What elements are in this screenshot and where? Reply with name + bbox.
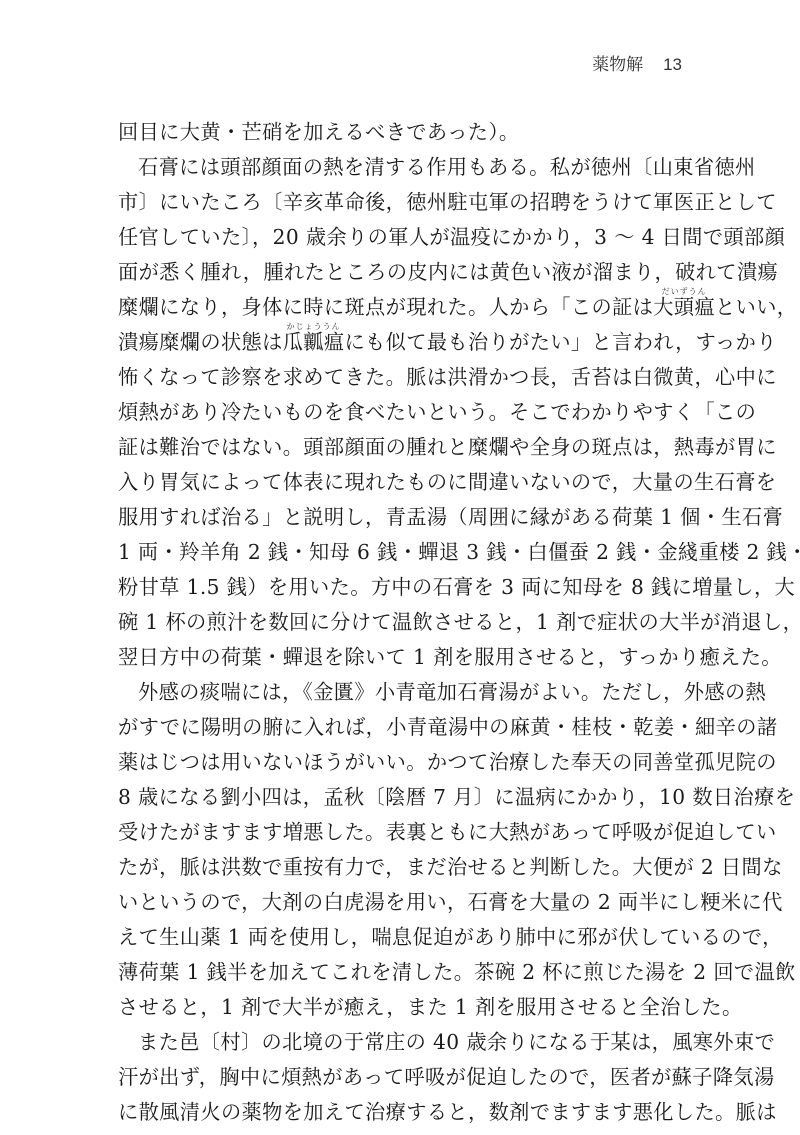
text-line: 8 歳になる劉小四は，孟秋〔陰暦 7 月〕に温病にかかり，10 数日治療を xyxy=(118,780,684,815)
text-line: 証は難治ではない。頭部顔面の腫れと糜爛や全身の斑点は，熱毒が胃に xyxy=(118,430,684,465)
text-line: 煩熱があり冷たいものを食べたいという。そこでわかりやすく「この xyxy=(118,395,684,430)
text-line: に散風清火の薬物を加えて治療すると，数剤でますます悪化した。脈は xyxy=(118,1095,684,1130)
text-line: いというので，大剤の白虎湯を用い，石膏を大量の 2 両半にし粳米に代 xyxy=(118,885,684,920)
text-segment: といい， xyxy=(715,295,797,319)
page-number: 13 xyxy=(663,55,682,75)
text-line: 回目に大黄・芒硝を加えるべきであった）。 xyxy=(118,115,684,150)
text-line: 薄荷葉 1 銭半を加えてこれを清した。茶碗 2 杯に煎じた湯を 2 回で温飲 xyxy=(118,955,684,990)
ruby-annotated-term: かじょううん瓜瓤瘟 xyxy=(283,325,345,360)
ruby-reading: だいずうん xyxy=(653,288,715,296)
text-line: 任官していた〕，20 歳余りの軍人が温疫にかかり，3 〜 4 日間で頭部顔 xyxy=(118,220,684,255)
text-line: 受けたがますます増悪した。表裏ともに大熱があって呼吸が促迫してい xyxy=(118,815,684,850)
section-title: 薬物解 xyxy=(592,50,643,75)
paragraph-start-line: また邑〔村〕の北境の于常庄の 40 歳余りになる于某は，風寒外束で xyxy=(118,1025,684,1060)
ruby-annotated-term: だいずうん大頭瘟 xyxy=(653,290,715,325)
text-line: がすでに陽明の腑に入れば，小青竜湯中の麻黄・桂枝・乾姜・細辛の諸 xyxy=(118,710,684,745)
body-text: 回目に大黄・芒硝を加えるべきであった）。 石膏には頭部顔面の熱を清する作用もある… xyxy=(118,115,684,1130)
text-line: たが，脈は洪数で重按有力で，まだ治せると判断した。大便が 2 日間な xyxy=(118,850,684,885)
text-line: 面が悉く腫れ，腫れたところの皮内には黄色い液が溜まり，破れて潰瘍 xyxy=(118,255,684,290)
text-line: 碗 1 杯の煎汁を数回に分けて温飲させると，1 剤で症状の大半が消退し， xyxy=(118,605,684,640)
text-line: えて生山薬 1 両を使用し，喘息促迫があり肺中に邪が伏しているので， xyxy=(118,920,684,955)
text-line: 市〕にいたころ〔辛亥革命後，徳州駐屯軍の招聘をうけて軍医正として xyxy=(118,185,684,220)
paragraph-start-line: 外感の痰喘には，《金匱》小青竜加石膏湯がよい。ただし，外感の熱 xyxy=(118,675,684,710)
text-line: 粉甘草 1.5 銭）を用いた。方中の石膏を 3 両に知母を 8 銭に増量し，大 xyxy=(118,570,684,605)
text-line: 入り胃気によって体表に現れたものに間違いないので，大量の生石膏を xyxy=(118,465,684,500)
text-line: 1 両・羚羊角 2 銭・知母 6 銭・蟬退 3 銭・白僵蚕 2 銭・金綫重楼 2… xyxy=(118,535,684,570)
text-line: 怖くなって診察を求めてきた。脈は洪滑かつ長，舌苔は白微黄，心中に xyxy=(118,360,684,395)
ruby-base: 瓜瓤瘟 xyxy=(283,330,345,354)
text-segment: 潰瘍糜爛の状態は xyxy=(118,330,283,354)
text-line: 薬はじつは用いないほうがいい。かつて治療した奉天の同善堂孤児院の xyxy=(118,745,684,780)
ruby-base: 大頭瘟 xyxy=(653,295,715,319)
ruby-reading: かじょううん xyxy=(283,323,345,331)
text-segment: にも似て最も治りがたい」と言われ，すっかり xyxy=(344,330,776,354)
text-line-with-ruby: 潰瘍糜爛の状態はかじょううん瓜瓤瘟にも似て最も治りがたい」と言われ，すっかり xyxy=(118,325,684,360)
running-header: 薬物解 13 xyxy=(592,50,682,75)
text-line: させると，1 剤で大半が癒え，また 1 剤を服用させると全治した。 xyxy=(118,990,684,1025)
text-line: 翌日方中の荷葉・蟬退を除いて 1 剤を服用させると，すっかり癒えた。 xyxy=(118,640,684,675)
text-line: 服用すれば治る」と説明し，青盂湯（周囲に縁がある荷葉 1 個・生石膏 xyxy=(118,500,684,535)
text-line-with-ruby: 糜爛になり，身体に時に斑点が現れた。人から「この証はだいずうん大頭瘟といい， xyxy=(118,290,684,325)
paragraph-start-line: 石膏には頭部顔面の熱を清する作用もある。私が徳州〔山東省徳州 xyxy=(118,150,684,185)
text-line: 汗が出ず，胸中に煩熱があって呼吸が促迫したので，医者が蘇子降気湯 xyxy=(118,1060,684,1095)
text-segment: 糜爛になり，身体に時に斑点が現れた。人から「この証は xyxy=(118,295,653,319)
